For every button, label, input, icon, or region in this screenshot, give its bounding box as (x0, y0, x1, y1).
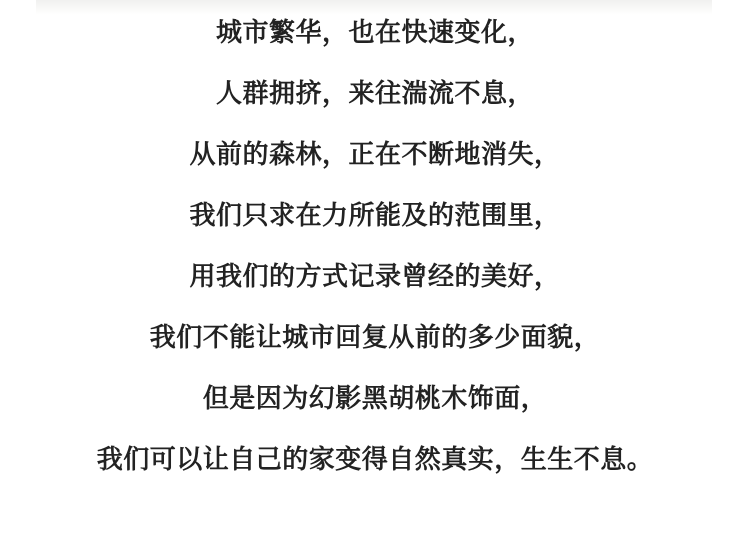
copy-line: 人群拥挤，来往湍流不息， (0, 61, 750, 122)
copy-line: 我们可以让自己的家变得自然真实，生生不息。 (0, 427, 750, 488)
copy-line: 从前的森林，正在不断地消失， (0, 122, 750, 183)
copy-line: 我们只求在力所能及的范围里， (0, 183, 750, 244)
copy-line: 但是因为幻影黑胡桃木饰面， (0, 366, 750, 427)
description-page: 城市繁华，也在快速变化， 人群拥挤，来往湍流不息， 从前的森林，正在不断地消失，… (0, 0, 750, 534)
copy-line: 我们不能让城市回复从前的多少面貌， (0, 305, 750, 366)
copy-text-block: 城市繁华，也在快速变化， 人群拥挤，来往湍流不息， 从前的森林，正在不断地消失，… (0, 0, 750, 488)
copy-line: 用我们的方式记录曾经的美好， (0, 244, 750, 305)
copy-line: 城市繁华，也在快速变化， (0, 0, 750, 61)
